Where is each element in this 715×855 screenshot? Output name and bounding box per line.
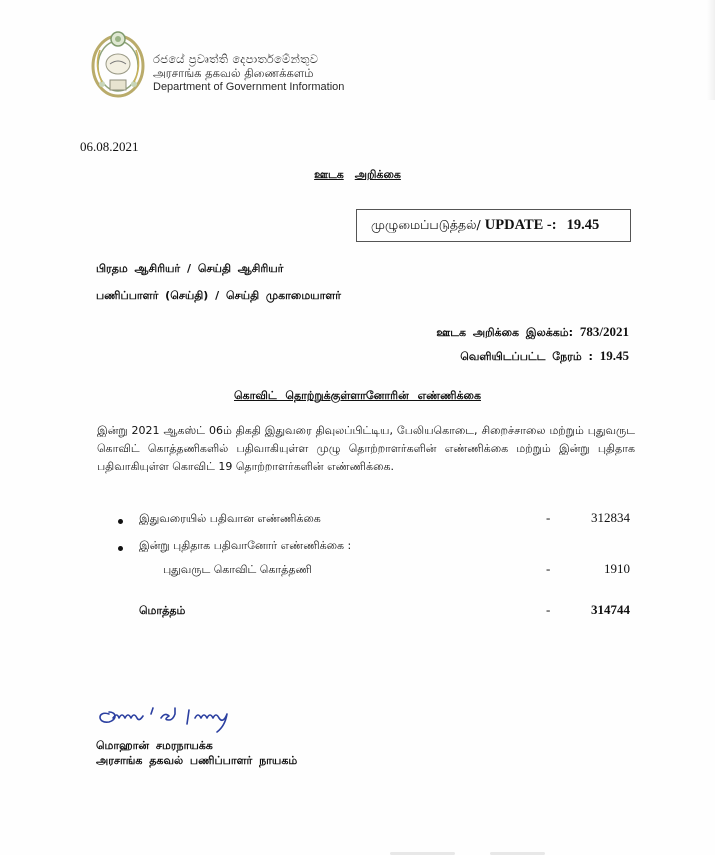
addressee-line-2: பணிப்பாளர் (செய்தி) / செய்தி முகாமையாளர் <box>96 289 341 304</box>
section-title: கொவிட் தொற்றுக்குள்ளானோரின் எண்ணிக்கை <box>0 389 715 404</box>
signatory-title: அரசாங்க தகவல் பணிப்பாளர் நாயகம் <box>96 754 297 769</box>
document-title-word1: ஊடக <box>314 168 344 181</box>
summary-paragraph: இன்று 2021 ஆகஸ்ட் 06ம் திகதி இதுவரை திவு… <box>97 422 635 476</box>
department-name-english: Department of Government Information <box>153 80 344 94</box>
document-date: 06.08.2021 <box>80 139 139 155</box>
total-value: 314744 <box>591 602 630 618</box>
count-label-new-today: இன்று புதிதாக பதிவானோர் எண்ணிக்கை : <box>139 539 351 554</box>
bullet-icon <box>118 546 123 551</box>
department-name-sinhala: රජයේ ප්‍රවෘත්ති දෙපාර්තමේන්තුව <box>153 52 344 66</box>
handwritten-signature-icon <box>95 700 255 734</box>
release-time-label: வெளியிடப்பட்ட நேரம் : <box>460 350 593 363</box>
update-time: 19.45 <box>567 217 600 234</box>
count-separator: - <box>546 602 550 618</box>
count-separator: - <box>546 561 550 577</box>
count-sublabel-new-year-cluster: புதுவருட கொவிட் கொத்தணி <box>163 563 312 578</box>
bullet-icon <box>118 519 123 524</box>
document-title-word2: அறிக்கை <box>355 168 401 181</box>
release-number-value: 783/2021 <box>580 324 629 339</box>
release-time-value: 19.45 <box>600 348 629 363</box>
update-box: முழுமைப்படுத்தல்/ UPDATE -: 19.45 <box>356 209 631 242</box>
count-separator: - <box>546 510 550 526</box>
press-release-page: රජයේ ප්‍රවෘත්ති දෙපාර්තමේන්තුව அரசாங்க த… <box>0 0 715 855</box>
release-number-label: ஊடக அறிக்கை இலக்கம்: <box>436 326 573 339</box>
signatory-name: மொஹான் சமரநாயக்க <box>96 739 213 754</box>
update-label-english: UPDATE -: <box>485 217 557 234</box>
update-label-tamil: முழுமைப்படுத்தல்/ <box>371 217 481 234</box>
department-name-tamil: அரசாங்க தகவல் திணைக்களம் <box>153 66 344 80</box>
total-label: மொத்தம் <box>139 604 185 619</box>
addressee-line-1: பிரதம ஆசிரியர் / செய்தி ஆசிரியர் <box>96 262 283 277</box>
count-label-cumulative: இதுவரையில் பதிவான எண்ணிக்கை <box>139 512 321 527</box>
page-edge-shadow <box>707 0 715 100</box>
release-time: வெளியிடப்பட்ட நேரம் : 19.45 <box>460 348 629 365</box>
count-value-cumulative: 312834 <box>591 510 630 526</box>
letterhead: රජයේ ප්‍රවෘත්ති දෙපාර්තමේන්තුව அரசாங்க த… <box>153 52 344 94</box>
count-value-new-today: 1910 <box>604 561 630 577</box>
document-title: ஊடகஅறிக்கை <box>0 168 715 183</box>
sri-lanka-emblem-icon <box>90 30 146 100</box>
release-number: ஊடக அறிக்கை இலக்கம்: 783/2021 <box>436 324 629 341</box>
